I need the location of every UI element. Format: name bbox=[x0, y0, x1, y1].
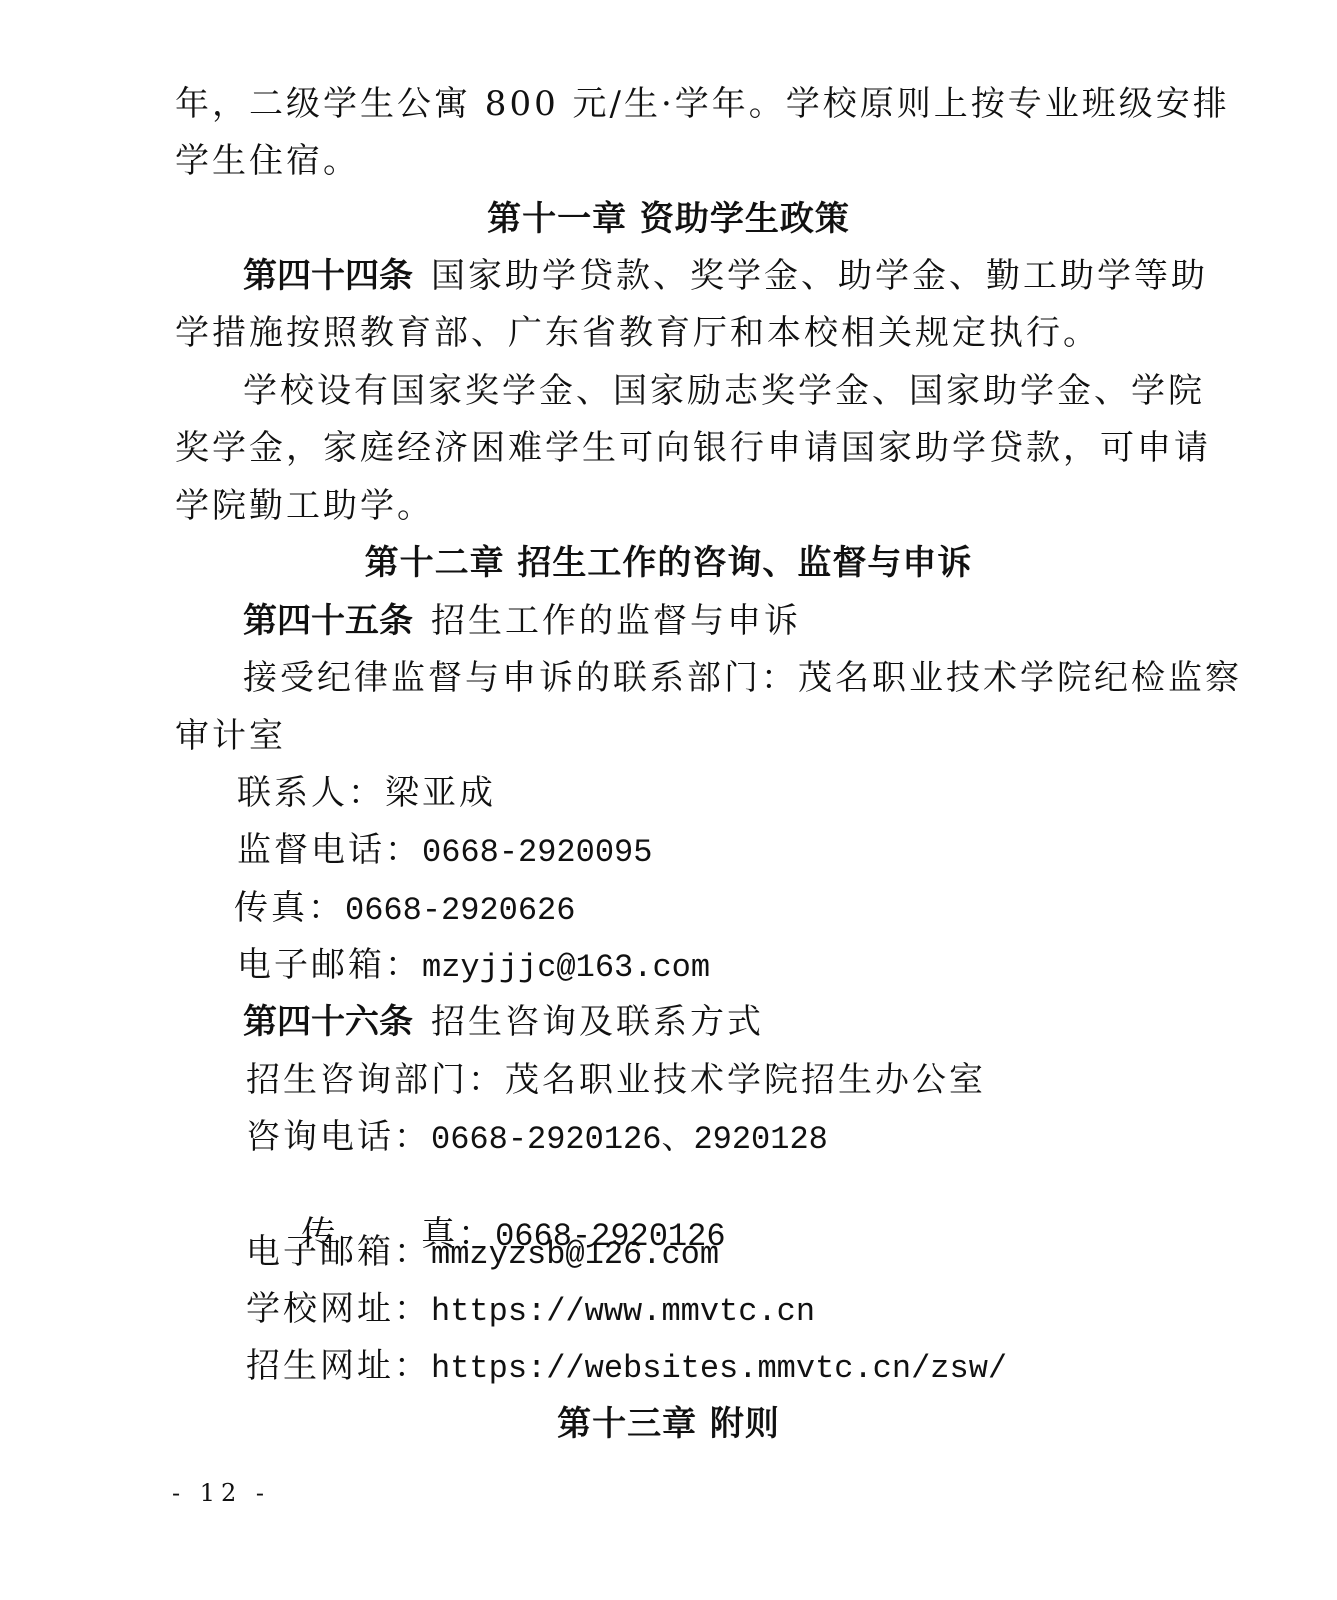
supervision-contact-person: 联系人：梁亚成 bbox=[237, 773, 496, 813]
supervision-phone: 监督电话：0668-2920095 bbox=[237, 830, 652, 873]
school-website-label: 学校网址： bbox=[246, 1289, 431, 1329]
article-45-text: 招生工作的监督与申诉 bbox=[431, 601, 801, 641]
supervision-department-line-1: 接受纪律监督与申诉的联系部门：茂名职业技术学院纪检监察 bbox=[243, 658, 1242, 698]
paragraph-continuation-line-1: 年，二级学生公寓 800 元/生·学年。学校原则上按专业班级安排 bbox=[175, 84, 1230, 124]
chapter-13-title: 第十三章 附则 bbox=[0, 1404, 1337, 1444]
admission-department-value: 茂名职业技术学院招生办公室 bbox=[505, 1060, 986, 1100]
admission-email-value[interactable]: mmzyzsb@126.com bbox=[431, 1236, 719, 1273]
admission-website-label: 招生网址： bbox=[246, 1346, 431, 1386]
supervision-fax-value: 0668-2920626 bbox=[345, 892, 575, 929]
admission-email: 电子邮箱：mmzyzsb@126.com bbox=[246, 1232, 719, 1275]
article-44-label: 第四十四条 bbox=[243, 256, 413, 296]
admission-phone-value: 0668-2920126、2920128 bbox=[431, 1121, 828, 1158]
article-44-line-1: 第四十四条国家助学贷款、奖学金、助学金、勤工助学等助 bbox=[243, 256, 1208, 296]
admission-department-label: 招生咨询部门： bbox=[246, 1060, 505, 1100]
supervision-phone-label: 监督电话： bbox=[237, 830, 422, 870]
supervision-email-label: 电子邮箱： bbox=[237, 945, 422, 985]
supervision-phone-value: 0668-2920095 bbox=[422, 834, 652, 871]
article-46-text: 招生咨询及联系方式 bbox=[431, 1002, 764, 1042]
scholarship-paragraph-line-1: 学校设有国家奖学金、国家励志奖学金、国家助学金、学院 bbox=[243, 371, 1205, 411]
admission-phone: 咨询电话：0668-2920126、2920128 bbox=[246, 1117, 828, 1160]
contact-person-label: 联系人： bbox=[237, 773, 385, 813]
supervision-fax-label: 传真： bbox=[234, 888, 345, 928]
chapter-11-title: 第十一章 资助学生政策 bbox=[0, 199, 1337, 239]
scholarship-paragraph-line-3: 学院勤工助学。 bbox=[175, 486, 434, 526]
admission-department: 招生咨询部门：茂名职业技术学院招生办公室 bbox=[246, 1060, 986, 1100]
admission-email-label: 电子邮箱： bbox=[246, 1232, 431, 1272]
article-46-label: 第四十六条 bbox=[243, 1002, 413, 1042]
school-website: 学校网址：https://www.mmvtc.cn bbox=[246, 1289, 815, 1332]
article-46-heading: 第四十六条招生咨询及联系方式 bbox=[243, 1002, 764, 1042]
supervision-department-line-2: 审计室 bbox=[175, 716, 286, 756]
chapter-12-title: 第十二章 招生工作的咨询、监督与申诉 bbox=[0, 543, 1337, 583]
contact-person-value: 梁亚成 bbox=[385, 773, 496, 813]
paragraph-continuation-line-2: 学生住宿。 bbox=[175, 141, 360, 181]
school-website-link[interactable]: https://www.mmvtc.cn bbox=[431, 1293, 815, 1330]
scholarship-paragraph-line-2: 奖学金，家庭经济困难学生可向银行申请国家助学贷款，可申请 bbox=[175, 428, 1211, 468]
article-45-heading: 第四十五条招生工作的监督与申诉 bbox=[243, 601, 801, 641]
document-page: 年，二级学生公寓 800 元/生·学年。学校原则上按专业班级安排 学生住宿。 第… bbox=[0, 0, 1337, 1600]
admission-website-link[interactable]: https://websites.mmvtc.cn/zsw/ bbox=[431, 1350, 1007, 1387]
page-number: - 12 - bbox=[172, 1478, 270, 1508]
article-44-line-2: 学措施按照教育部、广东省教育厅和本校相关规定执行。 bbox=[175, 313, 1100, 353]
supervision-fax: 传真：0668-2920626 bbox=[234, 888, 575, 931]
supervision-email: 电子邮箱：mzyjjjc@163.com bbox=[237, 945, 710, 988]
supervision-email-value[interactable]: mzyjjjc@163.com bbox=[422, 949, 710, 986]
article-45-label: 第四十五条 bbox=[243, 601, 413, 641]
admission-phone-label: 咨询电话： bbox=[246, 1117, 431, 1157]
article-44-text: 国家助学贷款、奖学金、助学金、勤工助学等助 bbox=[431, 256, 1208, 296]
admission-website: 招生网址：https://websites.mmvtc.cn/zsw/ bbox=[246, 1346, 1007, 1389]
